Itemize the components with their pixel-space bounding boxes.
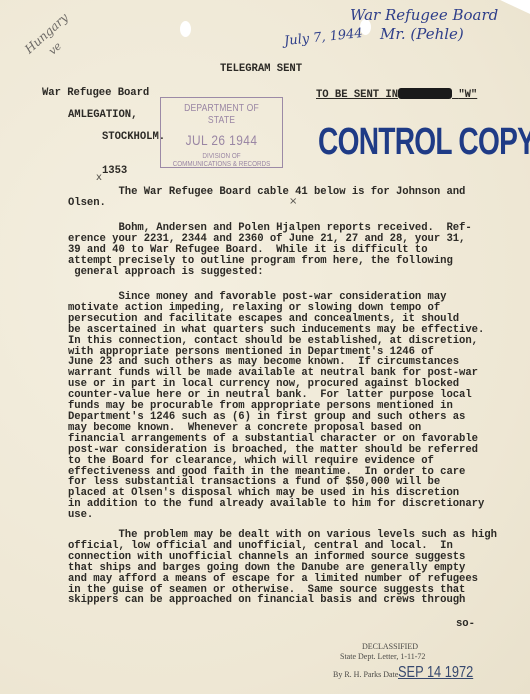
typed-line: use.: [68, 510, 484, 521]
sender: War Refugee Board: [42, 88, 149, 99]
intro-paragraph: The War Refugee Board cable 41 below is …: [68, 187, 465, 209]
declassified-authority: State Dept. Letter, 1-11-72: [340, 652, 425, 661]
paragraph-reports: Bohm, Andersen and Polen Hjalpen reports…: [68, 223, 472, 278]
document-title: TELEGRAM SENT: [220, 64, 302, 75]
handwritten-date: July 7, 1944: [283, 26, 363, 49]
stamp-division: DIVISION OF: [167, 153, 276, 161]
continued-marker: so-: [456, 619, 475, 630]
department-of-state-stamp: DEPARTMENT OF STATE JUL 26 1944 DIVISION…: [160, 97, 283, 168]
typed-line: The War Refugee Board cable 41 below is …: [68, 187, 465, 198]
typed-line: general approach is suggested:: [68, 267, 472, 278]
typed-line: be ascertained in what quarters such ind…: [68, 325, 484, 336]
check-mark: ×: [289, 196, 297, 207]
handwritten-recipient-line2: Mr. (Pehle): [380, 25, 464, 43]
control-copy-stamp: CONTROL COPY: [318, 121, 530, 164]
typed-line: attempt precisely to outline program fro…: [68, 256, 472, 267]
typed-line: skippers can be approached on financial …: [68, 595, 497, 606]
punch-hole: [180, 21, 191, 37]
stamp-date: JUL 26 1944: [170, 132, 273, 148]
declassified-date-stamp: SEP 14 1972: [398, 664, 473, 682]
address-line-2: STOCKHOLM.: [102, 132, 165, 143]
typed-line: In this connection, contact should be es…: [68, 336, 484, 347]
typed-line: in addition to the fund already availabl…: [68, 499, 484, 510]
transmission-instruction: TO BE SENT IN "W": [316, 88, 477, 101]
declassified-by: By R. H. Parks DateSEP 14 1972: [333, 664, 492, 682]
transmission-prefix: TO BE SENT IN: [316, 89, 398, 101]
handwritten-recipient-line1: War Refugee Board: [350, 6, 498, 24]
telegram-number: 1353: [102, 166, 127, 177]
paragraph-levels: The problem may be dealt with on various…: [68, 530, 497, 606]
declassified-label: DECLASSIFIED: [362, 642, 418, 651]
telegram-page: Hungary ve July 7, 1944 War Refugee Boar…: [0, 0, 530, 694]
stamp-agency: DEPARTMENT OF STATE: [172, 102, 271, 126]
check-mark: x: [96, 172, 102, 183]
typed-line: Olsen.: [68, 198, 465, 209]
redaction-bar: [398, 88, 452, 99]
declassified-by-label: By R. H. Parks Date: [333, 670, 398, 679]
address-line-1: AMLEGATION,: [68, 110, 137, 121]
handwritten-note-initials: ve: [46, 39, 64, 57]
typed-line: that ships and barges going down the Dan…: [68, 563, 497, 574]
paragraph-approach: Since money and favorable post-war consi…: [68, 292, 484, 521]
transmission-code: "W": [458, 89, 477, 101]
stamp-division-name: COMMUNICATIONS & RECORDS: [167, 161, 276, 169]
typed-line: and may afford a means of escape for a l…: [68, 574, 497, 585]
typed-line: post-war consideration is broached, the …: [68, 445, 484, 456]
typed-line: to the Board for clearance, which will r…: [68, 456, 484, 467]
